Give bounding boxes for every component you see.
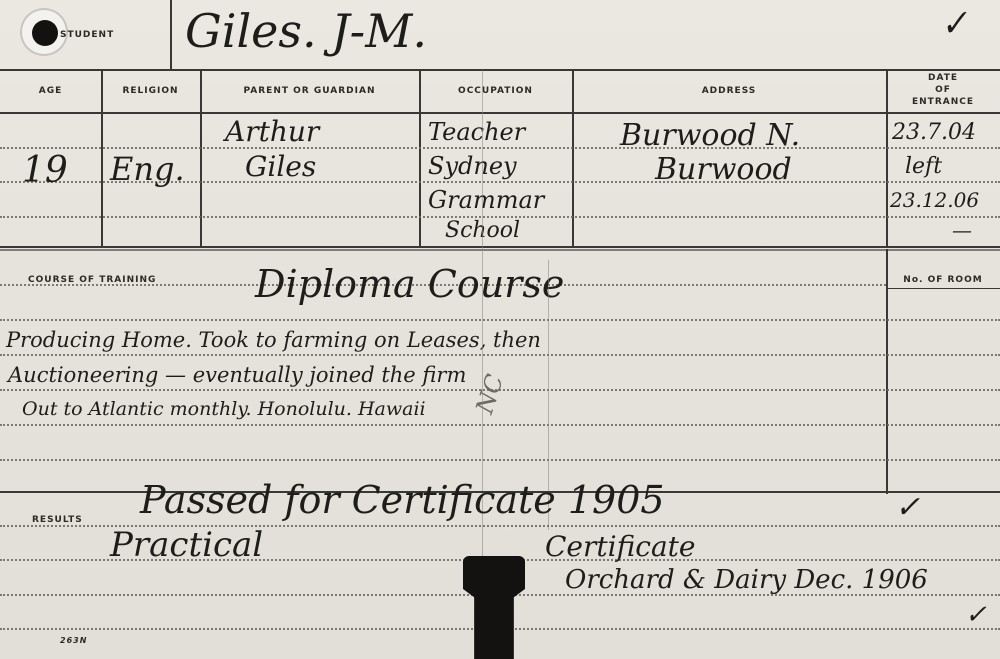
results-line2a: Practical bbox=[110, 525, 263, 565]
rule bbox=[886, 288, 1000, 289]
entrance-date: 23.7.04 bbox=[892, 120, 976, 145]
dotted-rule bbox=[0, 319, 1000, 321]
header-no-of-room: No. OF ROOM bbox=[886, 275, 1000, 285]
rule bbox=[0, 246, 1000, 248]
pencil-annotation: NC bbox=[470, 371, 509, 417]
course-note-line2: Auctioneering — eventually joined the fi… bbox=[8, 363, 466, 387]
results-check-2: ✓ bbox=[965, 600, 987, 630]
results-line3: Orchard & Dairy Dec. 1906 bbox=[565, 565, 928, 595]
dotted-rule bbox=[0, 354, 1000, 356]
checkmark-icon: ✓ bbox=[937, 2, 971, 46]
divider bbox=[170, 0, 172, 70]
card-notch bbox=[463, 556, 525, 659]
header-results: RESULTS bbox=[32, 515, 83, 525]
rule bbox=[0, 69, 1000, 71]
left-label: left bbox=[905, 154, 942, 179]
parent-value-line1: Arthur bbox=[225, 115, 319, 148]
dotted-rule bbox=[0, 424, 1000, 426]
age-value: 19 bbox=[22, 150, 68, 191]
course-title: Diploma Course bbox=[255, 262, 564, 306]
occupation-line1: Teacher bbox=[428, 118, 525, 146]
rule bbox=[0, 249, 1000, 251]
occupation-line2: Sydney bbox=[428, 152, 517, 180]
header-occupation: OCCUPATION bbox=[419, 86, 572, 96]
left-date: 23.12.06 bbox=[890, 188, 979, 212]
dotted-rule bbox=[0, 459, 1000, 461]
student-label: STUDENT bbox=[60, 30, 114, 40]
header-address: ADDRESS bbox=[572, 86, 886, 96]
dash-mark: — bbox=[952, 218, 972, 242]
header-date-of-entrance: DATE OF ENTRANCE bbox=[886, 72, 1000, 108]
results-check-1: ✓ bbox=[895, 490, 920, 525]
address-line1: Burwood N. bbox=[620, 118, 800, 153]
occupation-line3: Grammar bbox=[428, 186, 544, 214]
room-divider bbox=[886, 249, 888, 494]
student-record-card: STUDENT Giles. J-M. ✓ AGE RELIGION PAREN… bbox=[0, 0, 1000, 659]
course-note-line3: Out to Atlantic monthly. Honolulu. Hawai… bbox=[22, 398, 426, 420]
dotted-rule bbox=[0, 147, 1000, 149]
header-age: AGE bbox=[0, 86, 101, 96]
header-religion: RELIGION bbox=[101, 86, 200, 96]
results-line1: Passed for Certificate 1905 bbox=[140, 478, 665, 522]
religion-value: Eng. bbox=[110, 150, 185, 188]
form-number: 263N bbox=[60, 636, 87, 645]
header-parent: PARENT OR GUARDIAN bbox=[200, 86, 419, 96]
student-name: Giles. J-M. bbox=[185, 4, 427, 58]
course-note-line1: Producing Home. Took to farming on Lease… bbox=[6, 328, 541, 352]
rule bbox=[0, 112, 1000, 114]
address-line2: Burwood bbox=[655, 152, 792, 187]
results-line2b: Certificate bbox=[545, 530, 695, 563]
parent-value-line2: Giles bbox=[245, 150, 316, 183]
